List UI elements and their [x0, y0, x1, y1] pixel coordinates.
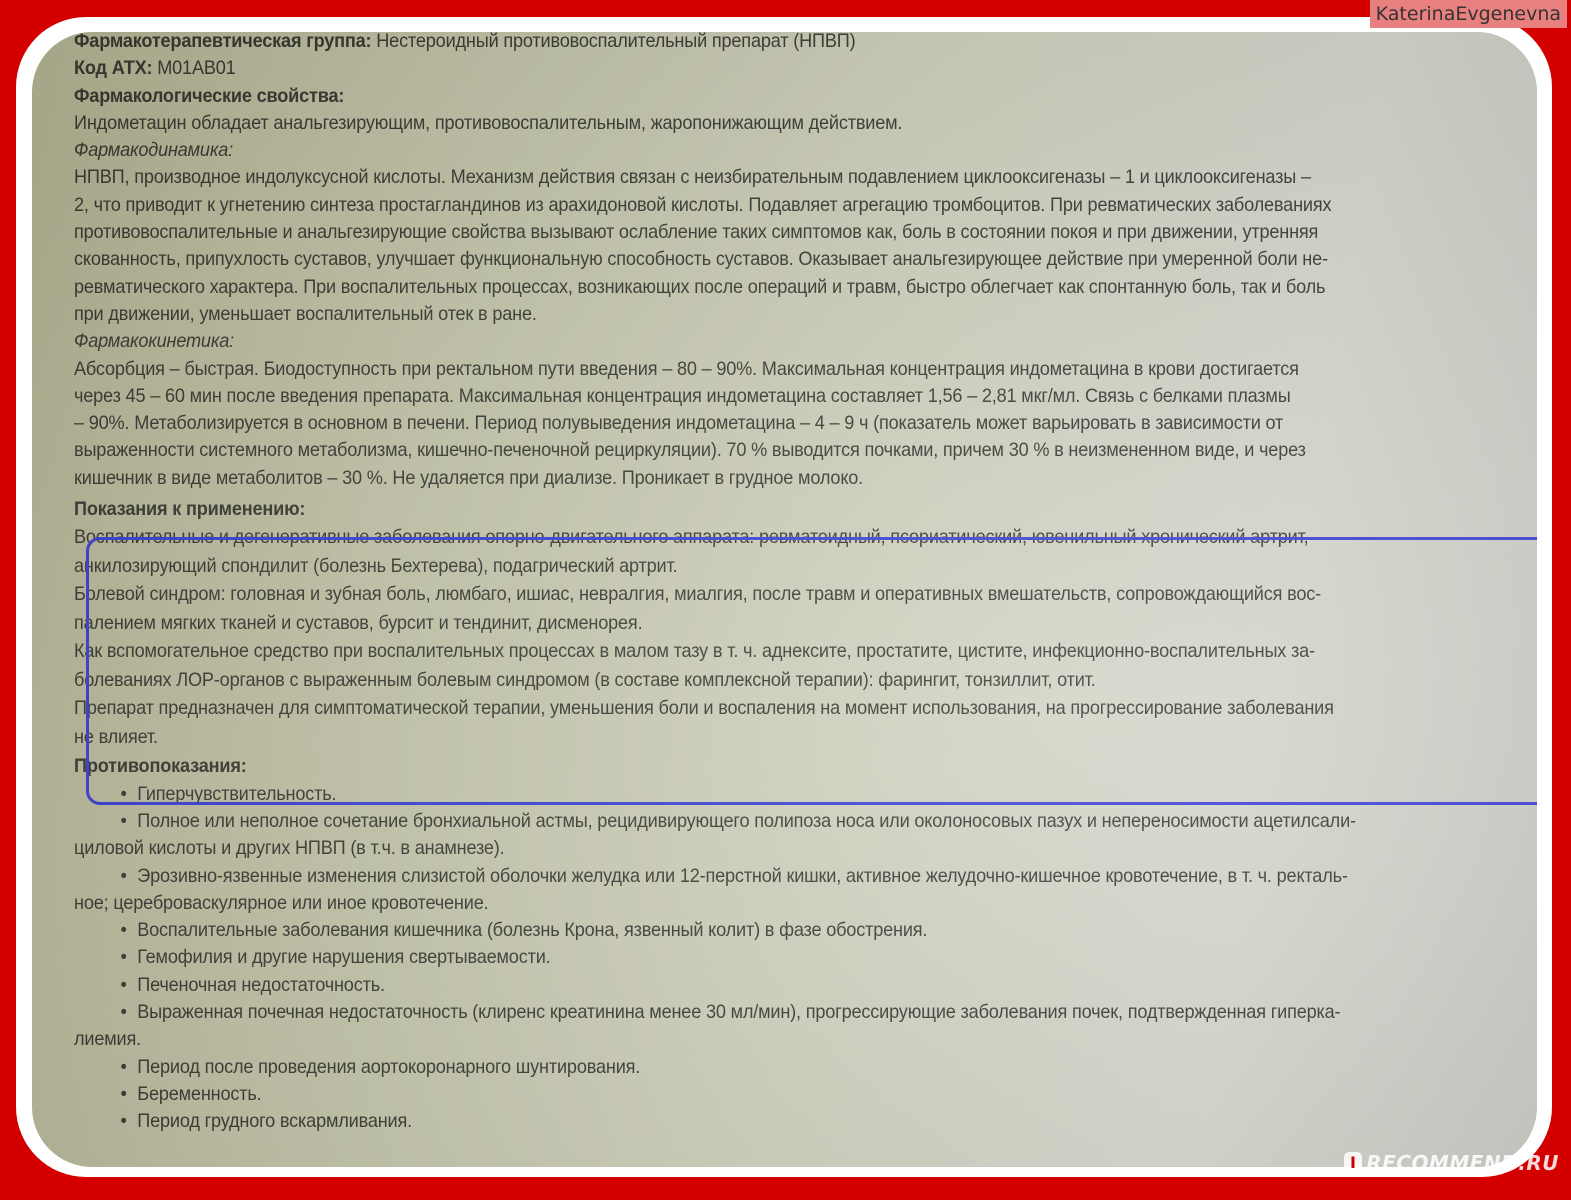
text-line: анкилозирующий спондилит (болезнь Бехтер…: [74, 552, 1432, 581]
indications-body: Воспалительные и дегенеративные заболева…: [74, 523, 1432, 751]
contraindication-item: •Печеночная недостаточность.: [74, 972, 1432, 999]
contraindication-item: •Воспалительные заболевания кишечника (б…: [74, 917, 1432, 944]
contraindication-text: Беременность.: [137, 1083, 261, 1105]
bullet-icon: •: [121, 917, 138, 944]
contraindications-list: •Гиперчувствительность.•Полное или непол…: [74, 781, 1432, 1136]
text-line: 2, что приводит к угнетению синтеза прос…: [74, 192, 1432, 219]
contraindication-text: Полное или неполное сочетание бронхиальн…: [137, 810, 1356, 832]
site-watermark-text: RECOMMEND.RU: [1366, 1151, 1559, 1175]
pharm-props-title: Фармакологические свойства:: [74, 83, 1432, 110]
contraindication-item: •Выраженная почечная недостаточность (кл…: [74, 999, 1432, 1026]
atx-value: M01AB01: [152, 57, 235, 79]
text-line: болеваниях ЛОР-органов с выраженным боле…: [74, 666, 1432, 695]
contraindications-title: Противопоказания:: [74, 753, 1432, 780]
text-line: Абсорбция – быстрая. Биодоступность при …: [74, 356, 1432, 383]
text-line: Препарат предназначен для симптоматическ…: [74, 694, 1432, 723]
site-watermark: I RECOMMEND.RU: [1344, 1151, 1559, 1175]
pharm-group-line: Фармакотерапевтическая группа: Нестероид…: [74, 32, 1432, 55]
pharmacodynamics-title: Фармакодинамика:: [74, 137, 1432, 164]
text-line: не влияет.: [74, 723, 1432, 752]
text-line: противовоспалительные и анальгезирующие …: [74, 219, 1432, 246]
contraindication-text: Период грудного вскармливания.: [137, 1110, 412, 1132]
bullet-icon: •: [121, 999, 138, 1026]
recommend-logo-icon: I: [1344, 1152, 1362, 1174]
pharm-props-text: Индометацин обладает анальгезирующим, пр…: [74, 110, 1432, 137]
text-line: – 90%. Метаболизируется в основном в печ…: [74, 410, 1432, 437]
text-line: палением мягких тканей и суставов, бурси…: [74, 609, 1432, 638]
text-line: Болевой синдром: головная и зубная боль,…: [74, 580, 1432, 609]
contraindication-text: Гемофилия и другие нарушения свертываемо…: [137, 946, 550, 968]
text-line: при движении, уменьшает воспалительный о…: [74, 301, 1432, 328]
text-line: ревматического характера. При воспалител…: [74, 274, 1432, 301]
text-line: выраженности системного метаболизма, киш…: [74, 437, 1432, 464]
text-line: Как вспомогательное средство при воспали…: [74, 637, 1432, 666]
text-line: кишечник в виде метаболитов – 30 %. Не у…: [74, 465, 1432, 492]
bullet-icon: •: [121, 944, 138, 971]
text-line: НПВП, производное индолуксусной кислоты.…: [74, 164, 1432, 191]
contraindication-continuation: ное; цереброваскулярное или иное кровоте…: [74, 890, 1432, 917]
bullet-icon: •: [121, 1054, 138, 1081]
bullet-icon: •: [121, 863, 138, 890]
indications-title: Показания к применению:: [74, 496, 1432, 523]
atx-code-line: Код АТХ: M01AB01: [74, 55, 1432, 82]
contraindication-continuation: циловой кислоты и других НПВП (в т.ч. в …: [74, 835, 1432, 862]
contraindication-item: •Беременность.: [74, 1081, 1432, 1108]
atx-label: Код АТХ:: [74, 57, 152, 79]
bullet-icon: •: [121, 1081, 138, 1108]
contraindication-item: •Период после проведения аортокоронарног…: [74, 1054, 1432, 1081]
contraindication-text: Период после проведения аортокоронарного…: [137, 1056, 640, 1078]
bullet-icon: •: [121, 781, 138, 808]
bullet-icon: •: [121, 972, 138, 999]
pharm-group-label: Фармакотерапевтическая группа:: [74, 32, 371, 52]
contraindication-text: Воспалительные заболевания кишечника (бо…: [137, 919, 927, 941]
pharmacokinetics-body: Абсорбция – быстрая. Биодоступность при …: [74, 356, 1432, 492]
bullet-icon: •: [121, 808, 138, 835]
contraindication-text: Эрозивно-язвенные изменения слизистой об…: [137, 865, 1347, 887]
contraindication-item: •Полное или неполное сочетание бронхиаль…: [74, 808, 1432, 835]
text-line: скованность, припухлость суставов, улучш…: [74, 246, 1432, 273]
author-watermark: KaterinaEvgenevna: [1370, 0, 1567, 28]
pharm-group-value: Нестероидный противовоспалительный препа…: [371, 32, 855, 52]
contraindication-item: •Период грудного вскармливания.: [74, 1108, 1432, 1135]
text-line: через 45 – 60 мин после введения препара…: [74, 383, 1432, 410]
pharmacodynamics-body: НПВП, производное индолуксусной кислоты.…: [74, 164, 1432, 328]
contraindication-text: Гиперчувствительность.: [137, 783, 336, 805]
bullet-icon: •: [121, 1108, 138, 1135]
contraindication-item: •Гемофилия и другие нарушения свертываем…: [74, 944, 1432, 971]
instruction-document: Фармакотерапевтическая группа: Нестероид…: [74, 32, 1432, 1136]
contraindication-item: •Гиперчувствительность.: [74, 781, 1432, 808]
document-photo: Фармакотерапевтическая группа: Нестероид…: [32, 32, 1537, 1167]
text-line: Воспалительные и дегенеративные заболева…: [74, 523, 1432, 552]
pharmacokinetics-title: Фармакокинетика:: [74, 328, 1432, 355]
contraindication-item: •Эрозивно-язвенные изменения слизистой о…: [74, 863, 1432, 890]
contraindication-continuation: лиемия.: [74, 1026, 1432, 1053]
contraindication-text: Выраженная почечная недостаточность (кли…: [137, 1001, 1340, 1023]
contraindication-text: Печеночная недостаточность.: [137, 974, 385, 996]
